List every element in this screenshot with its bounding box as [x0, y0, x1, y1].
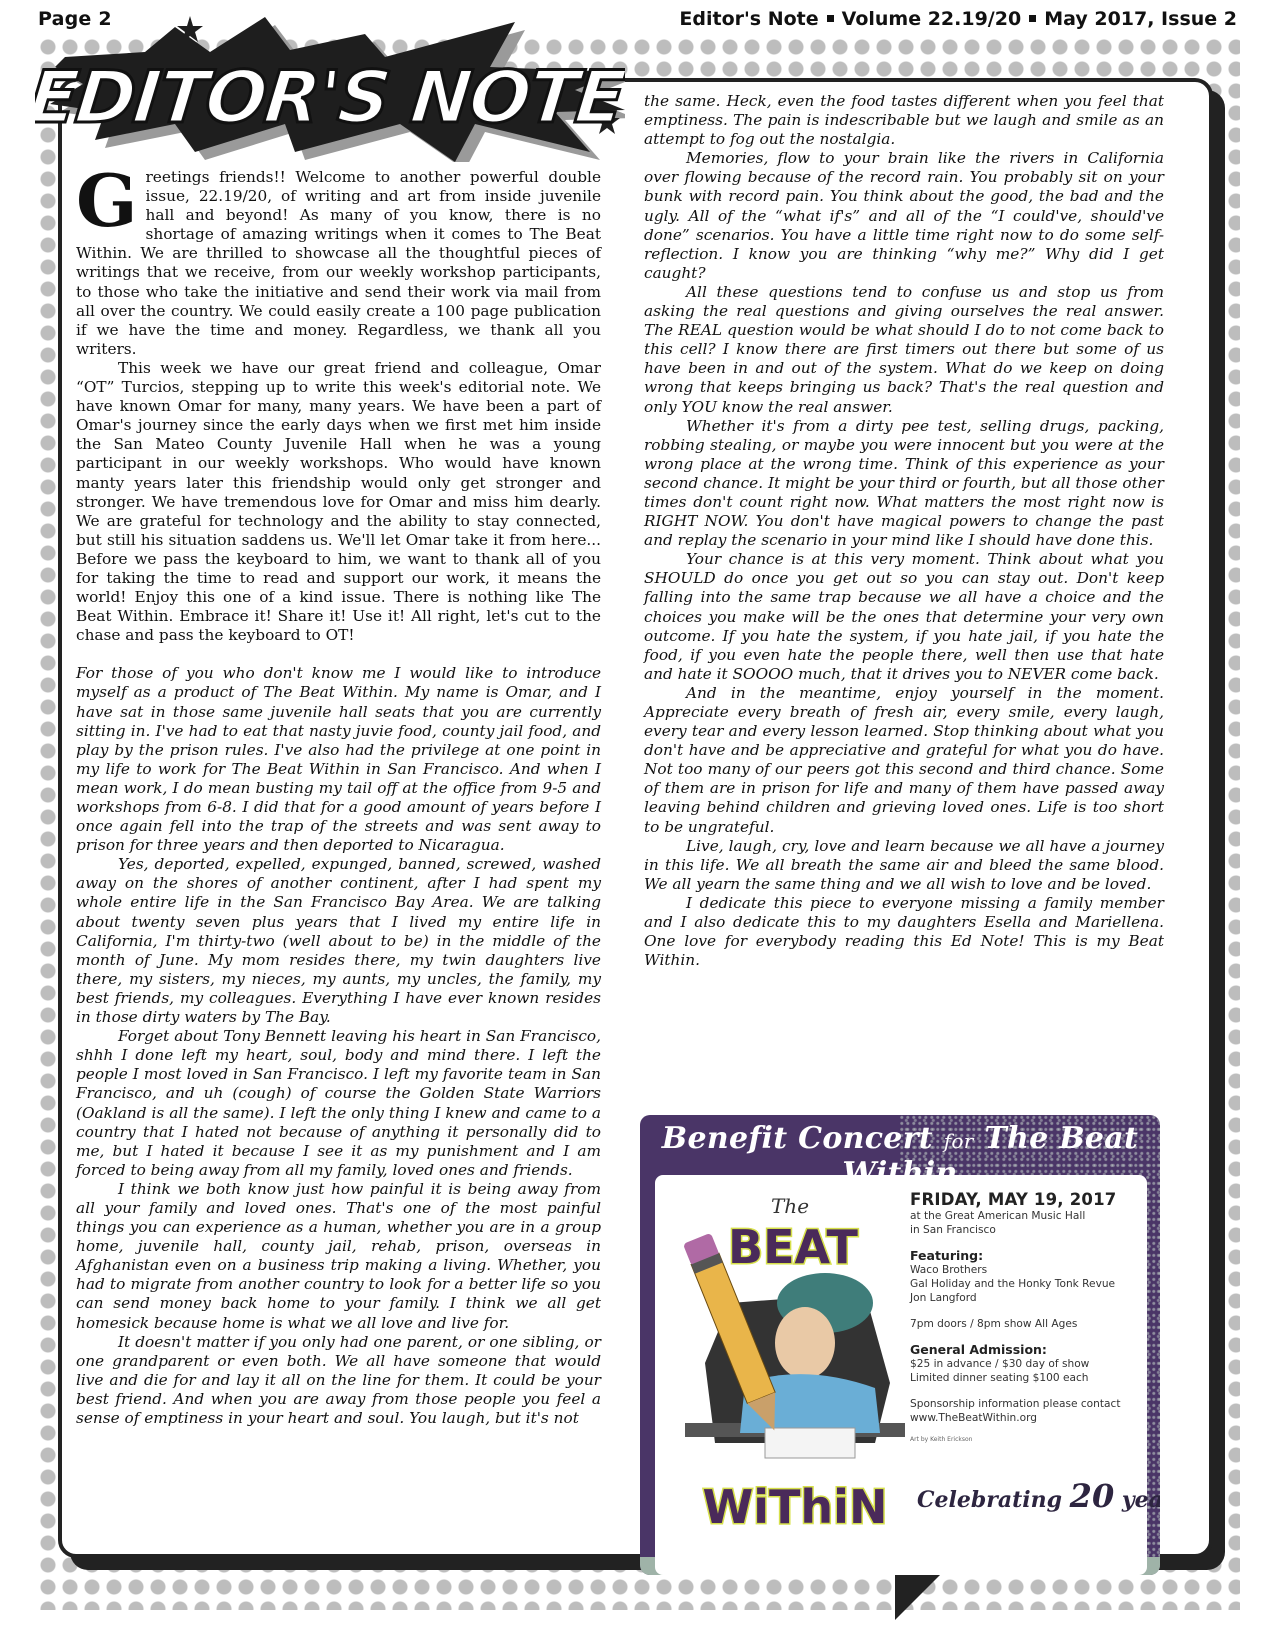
beat-within-logo-illustration: The BEAT WiThiN — [675, 1183, 910, 1543]
running-head-volume: Volume 22.19/20 — [842, 8, 1022, 30]
intro-paragraph-1: Greetings friends!! Welcome to another p… — [76, 168, 601, 359]
ad-inner-panel: The BEAT WiThiN FRIDAY, MAY 19, 2017 at … — [655, 1175, 1147, 1575]
face-shape — [775, 1307, 835, 1379]
svg-text:The: The — [771, 1194, 809, 1218]
performer: Gal Holiday and the Honky Tonk Revue — [910, 1277, 1140, 1291]
essay-paragraph: Memories, flow to your brain like the ri… — [644, 149, 1164, 283]
essay-paragraph: the same. Heck, even the food tastes dif… — [644, 92, 1164, 149]
drop-cap: G — [76, 172, 138, 230]
essay-paragraph: I dedicate this piece to everyone missin… — [644, 894, 1164, 970]
essay-paragraph: And in the meantime, enjoy yourself in t… — [644, 684, 1164, 837]
square-bullet-icon — [1029, 15, 1036, 22]
running-head: Editor's NoteVolume 22.19/20May 2017, Is… — [679, 8, 1237, 30]
essay-paragraph: It doesn't matter if you only had one pa… — [76, 1333, 601, 1428]
venue-city: in San Francisco — [910, 1223, 1140, 1237]
essay-paragraph: Your chance is at this very moment. Thin… — [644, 550, 1164, 684]
sponsorship-text: Sponsorship information please contact — [910, 1397, 1140, 1411]
benefit-concert-ad: Benefit Concert for The Beat Within The … — [640, 1115, 1160, 1575]
left-column: Greetings friends!! Welcome to another p… — [76, 168, 601, 1428]
price-line: $25 in advance / $30 day of show — [910, 1357, 1140, 1371]
price-line: Limited dinner seating $100 each — [910, 1371, 1140, 1385]
essay-paragraph: Whether it's from a dirty pee test, sell… — [644, 417, 1164, 551]
running-head-issue: May 2017, Issue 2 — [1044, 8, 1237, 30]
editors-note-title-burst: EDITOR'S NOTE — [35, 12, 625, 162]
celebrating-20-years: Celebrating 20 years — [917, 1477, 1160, 1515]
featuring-label: Featuring: — [910, 1249, 1140, 1263]
essay-paragraph: All these questions tend to confuse us a… — [644, 283, 1164, 417]
essay-paragraph: For those of you who don't know me I wou… — [76, 664, 601, 855]
performer: Jon Langford — [910, 1291, 1140, 1305]
svg-text:WiThiN: WiThiN — [703, 1480, 888, 1534]
essay-paragraph: I think we both know just how painful it… — [76, 1180, 601, 1333]
venue-line: at the Great American Music Hall — [910, 1209, 1140, 1223]
essay-paragraph: Yes, deported, expelled, expunged, banne… — [76, 855, 601, 1027]
intro-paragraph-2: This week we have our great friend and c… — [76, 359, 601, 645]
show-times: 7pm doors / 8pm show All Ages — [910, 1317, 1140, 1331]
title-text: EDITOR'S NOTE — [35, 56, 625, 140]
admission-label: General Admission: — [910, 1343, 1140, 1357]
website-link[interactable]: www.TheBeatWithin.org — [910, 1411, 1140, 1425]
performer: Waco Brothers — [910, 1263, 1140, 1277]
running-head-section: Editor's Note — [679, 8, 818, 30]
art-credit: Art by Keith Erickson — [910, 1433, 1140, 1447]
essay-paragraph: Live, laugh, cry, love and learn because… — [644, 837, 1164, 894]
paper-shape — [765, 1428, 855, 1458]
svg-text:BEAT: BEAT — [728, 1220, 859, 1274]
square-bullet-icon — [827, 15, 834, 22]
essay-paragraph: Forget about Tony Bennett leaving his he… — [76, 1027, 601, 1180]
event-date: FRIDAY, MAY 19, 2017 — [910, 1193, 1140, 1207]
ad-event-details: FRIDAY, MAY 19, 2017 at the Great Americ… — [910, 1193, 1140, 1447]
right-column: the same. Heck, even the food tastes dif… — [644, 92, 1164, 970]
